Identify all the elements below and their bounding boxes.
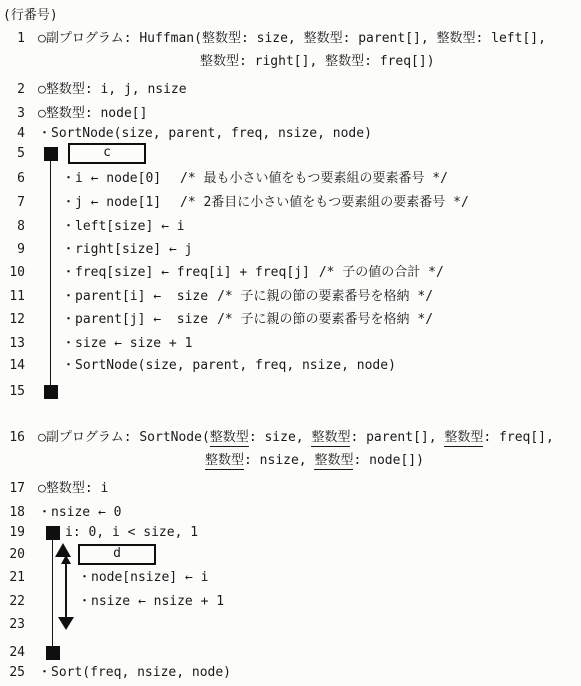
while-loop-connector-line	[50, 159, 52, 386]
code-text: ○副プログラム: Huffman(整数型: size, 整数型: parent[…	[38, 31, 546, 46]
code-text: ○整数型: i, j, nsize	[38, 82, 187, 97]
line-number: 20	[5, 546, 25, 563]
line-number: 1	[5, 30, 25, 47]
code-line-2: 2○整数型: i, j, nsize	[0, 81, 581, 99]
code-text: ・nsize ← nsize + 1	[78, 594, 224, 609]
answer-blank-box-c: c	[68, 143, 146, 164]
code-text: : parent[],	[350, 430, 444, 445]
line-number: 6	[5, 170, 25, 187]
underlined-type-keyword: 整数型	[314, 453, 353, 470]
if-branch-connector-line	[65, 557, 67, 618]
loop-boundary-square-marker	[46, 646, 60, 660]
underlined-type-keyword: 整数型	[444, 430, 483, 447]
line-number: 23	[5, 616, 25, 633]
code-line-21: 21・node[nsize] ← i	[0, 569, 581, 587]
answer-blank-box-d: d	[78, 544, 156, 565]
line-number: 21	[5, 569, 25, 586]
code-text: ・size ← size + 1	[62, 336, 192, 351]
line-number: 2	[5, 81, 25, 98]
code-line-16: 16○副プログラム: SortNode(整数型: size, 整数型: pare…	[0, 429, 581, 447]
inline-comment: /* 子に親の節の要素番号を格納 */	[217, 312, 433, 327]
line-number: 14	[5, 357, 25, 374]
code-line-8: 8・left[size] ← i	[0, 218, 581, 236]
code-text: ・node[nsize] ← i	[78, 570, 208, 585]
code-text: ・j ← node[1]	[62, 195, 161, 210]
line-number: 7	[5, 194, 25, 211]
code-line-17: 17○整数型: i	[0, 480, 581, 498]
code-text: : node[])	[353, 453, 423, 468]
code-line-22: 22・nsize ← nsize + 1	[0, 593, 581, 611]
code-text: ・left[size] ← i	[62, 219, 185, 234]
line-number: 5	[5, 145, 25, 162]
line-number: 11	[5, 288, 25, 305]
code-line-13: 13・size ← size + 1	[0, 335, 581, 353]
code-line-12: 12・parent[j] ← size/* 子に親の節の要素番号を格納 */	[0, 311, 581, 329]
code-text: i: 0, i < size, 1	[65, 525, 198, 540]
line-number: 24	[5, 644, 25, 661]
code-text: ・nsize ← 0	[38, 505, 121, 520]
code-line-15: 15	[0, 383, 581, 401]
code-text: ・Sort(freq, nsize, node)	[38, 665, 231, 680]
line-number: 15	[5, 383, 25, 400]
loop-boundary-square-marker	[46, 526, 60, 540]
code-line-18: 18・nsize ← 0	[0, 504, 581, 522]
code-text: ○副プログラム: SortNode(	[38, 430, 210, 445]
for-loop-connector-line	[52, 538, 54, 646]
line-number: 10	[5, 264, 25, 281]
code-line-25: 25・Sort(freq, nsize, node)	[0, 664, 581, 682]
code-line-14: 14・SortNode(size, parent, freq, nsize, n…	[0, 357, 581, 375]
inline-comment: /* 子の値の合計 */	[319, 265, 444, 280]
line-number: 18	[5, 504, 25, 521]
line-number: 22	[5, 593, 25, 610]
code-text: 整数型: right[], 整数型: freq[])	[200, 54, 435, 69]
code-text: ・right[size] ← j	[62, 242, 192, 257]
code-text: ・i ← node[0]	[62, 171, 161, 186]
underlined-type-keyword: 整数型	[205, 453, 244, 470]
code-text: ○整数型: node[]	[38, 106, 147, 121]
line-number: 4	[5, 125, 25, 142]
line-number: 13	[5, 335, 25, 352]
code-text: ・parent[i] ← size	[62, 289, 208, 304]
underlined-type-keyword: 整数型	[210, 430, 249, 447]
code-line-24: 24	[0, 644, 581, 662]
code-text: : size,	[249, 430, 312, 445]
underlined-type-keyword: 整数型	[311, 430, 350, 447]
loop-boundary-square-marker	[44, 147, 58, 161]
code-text: : nsize,	[244, 453, 314, 468]
code-line-19: 19i: 0, i < size, 1	[0, 524, 581, 542]
line-number: 12	[5, 311, 25, 328]
inline-comment: /* 2番目に小さい値をもつ要素組の要素番号 */	[180, 195, 469, 210]
code-text: ○整数型: i	[38, 481, 108, 496]
line-number-heading: (行番号)	[3, 4, 58, 23]
line-number: 16	[5, 429, 25, 446]
code-text: ・SortNode(size, parent, freq, nsize, nod…	[38, 126, 372, 141]
code-line-6: 6・i ← node[0]/* 最も小さい値をもつ要素組の要素番号 */	[0, 170, 581, 188]
line-number: 8	[5, 218, 25, 235]
pseudocode-document-page: (行番号) 1○副プログラム: Huffman(整数型: size, 整数型: …	[0, 0, 581, 686]
code-line-7: 7・j ← node[1]/* 2番目に小さい値をもつ要素組の要素番号 */	[0, 194, 581, 212]
line-number: 17	[5, 480, 25, 497]
code-text: ・parent[j] ← size	[62, 312, 208, 327]
code-line-9: 9・right[size] ← j	[0, 241, 581, 259]
code-line-4: 4・SortNode(size, parent, freq, nsize, no…	[0, 125, 581, 143]
if-end-triangle-icon	[58, 617, 74, 630]
line-number: 9	[5, 241, 25, 258]
inline-comment: /* 子に親の節の要素番号を格納 */	[217, 289, 433, 304]
code-line-3: 3○整数型: node[]	[0, 105, 581, 123]
code-line-1: 1○副プログラム: Huffman(整数型: size, 整数型: parent…	[0, 30, 581, 48]
line-number: 19	[5, 524, 25, 541]
inline-comment: /* 最も小さい値をもつ要素組の要素番号 */	[180, 171, 448, 186]
code-line-11: 11・parent[i] ← size/* 子に親の節の要素番号を格納 */	[0, 288, 581, 306]
code-text: ・SortNode(size, parent, freq, nsize, nod…	[62, 358, 396, 373]
code-line-10: 10・freq[size] ← freq[i] + freq[j]/* 子の値の…	[0, 264, 581, 282]
code-text: ・freq[size] ← freq[i] + freq[j]	[62, 265, 310, 280]
code-line-23: 23	[0, 616, 581, 634]
line-number: 3	[5, 105, 25, 122]
loop-boundary-square-marker	[44, 385, 58, 399]
code-line-continuation: 整数型: right[], 整数型: freq[])	[0, 53, 581, 71]
code-line-continuation: 整数型: nsize, 整数型: node[])	[0, 452, 581, 470]
if-branch-up-arrowhead-icon	[61, 555, 71, 564]
code-text: : freq[],	[483, 430, 553, 445]
code-line-20: 20d	[0, 546, 581, 564]
code-line-5: 5c	[0, 145, 581, 163]
line-number: 25	[5, 664, 25, 681]
